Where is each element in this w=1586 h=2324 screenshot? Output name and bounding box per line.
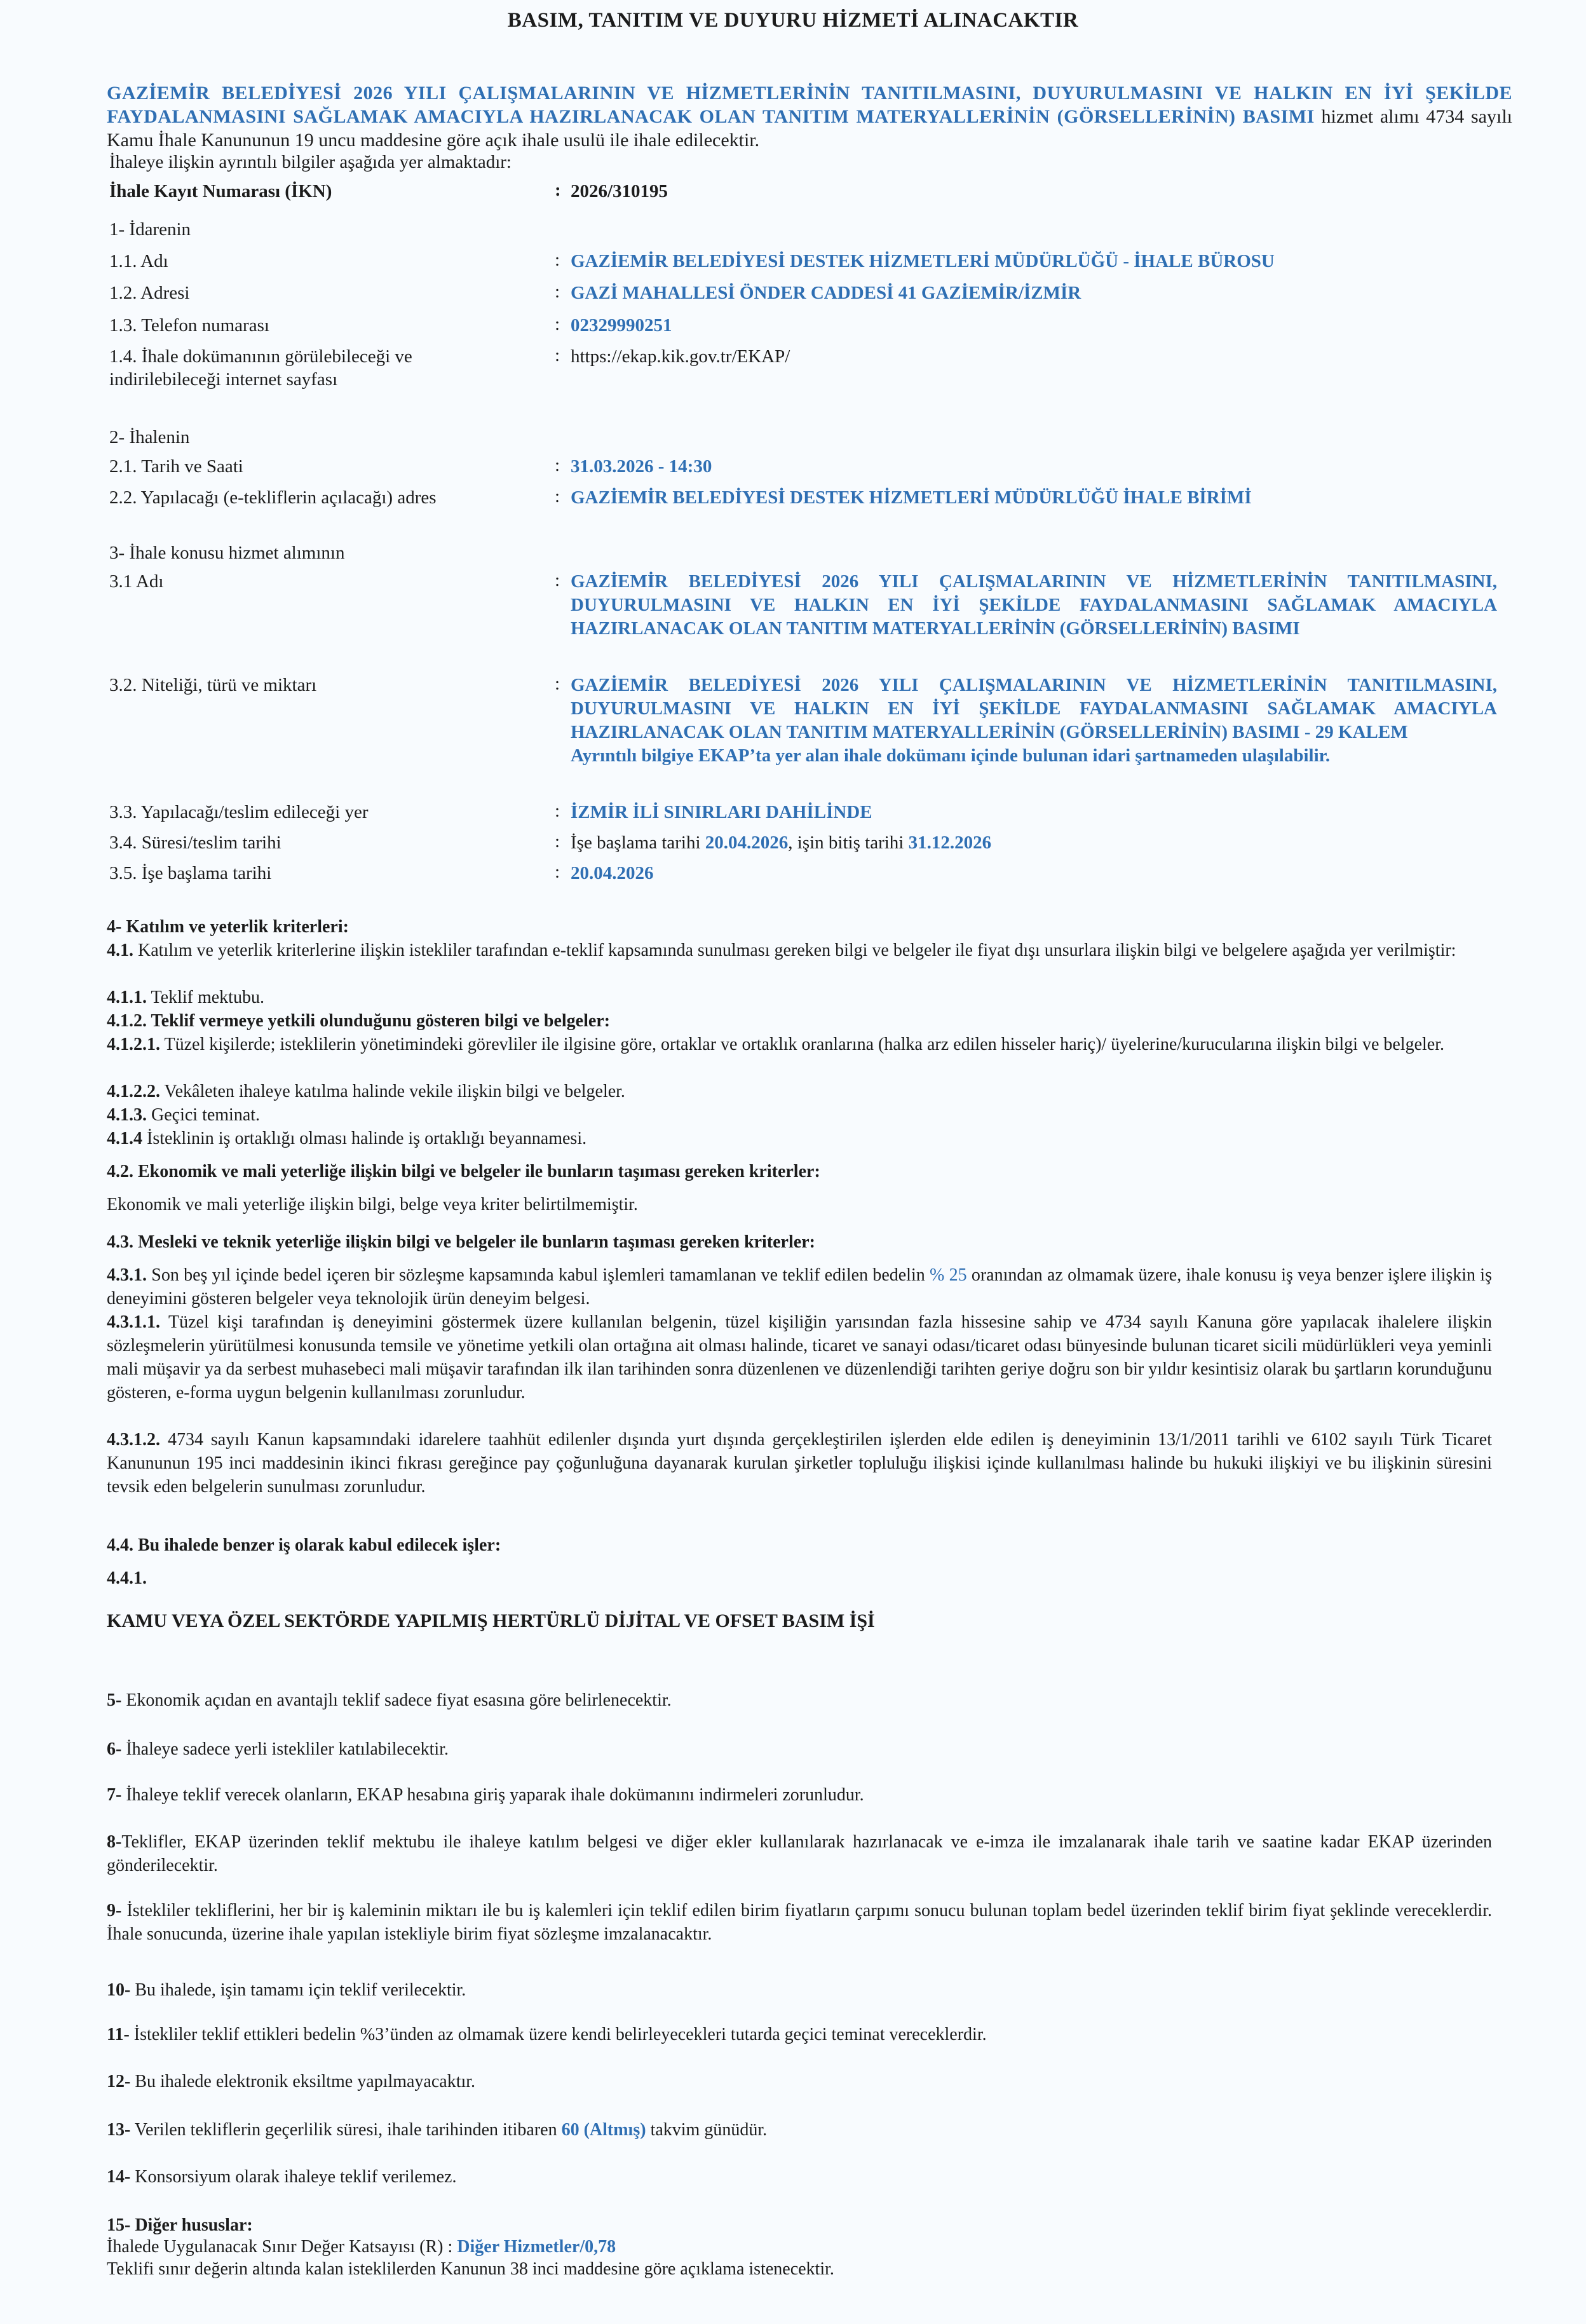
delivery-place: İZMİR İLİ SINIRLARI DAHİLİNDE <box>571 801 1497 824</box>
clause-4-1-1: 4.1.1. Teklif mektubu. <box>107 986 264 1009</box>
experience-percentage: % 25 <box>930 1265 967 1285</box>
clause-text: Konsorsiyum olarak ihaleye teklif verile… <box>130 2167 456 2187</box>
clause-number: 4.1. <box>107 941 133 960</box>
idare-phone: 02329990251 <box>571 314 1497 337</box>
work-start-date: 20.04.2026 <box>571 862 1497 885</box>
section15-note: Teklifi sınır değerin altında kalan iste… <box>107 2257 834 2281</box>
clause-number: 8- <box>107 1832 121 1852</box>
r-coefficient-label: İhalede Uygulanacak Sınır Değer Katsayıs… <box>107 2237 457 2257</box>
service-nature: GAZİEMİR BELEDİYESİ 2026 YILI ÇALIŞMALAR… <box>571 674 1497 768</box>
clause-number: 10- <box>107 1980 130 2000</box>
label-1-2: 1.2. Adresi <box>109 282 541 304</box>
label-3-3: 3.3. Yapılacağı/teslim edileceği yer <box>109 801 541 824</box>
colon: : <box>555 250 560 271</box>
clause-number: 4.1.1. <box>107 988 147 1007</box>
clause-4-1-3: 4.1.3. Geçici teminat. <box>107 1103 260 1127</box>
label-2-1: 2.1. Tarih ve Saati <box>109 455 541 478</box>
colon: : <box>555 862 560 883</box>
colon: : <box>555 801 560 822</box>
clause-number: 4.1.3. <box>107 1105 147 1125</box>
label-3-1: 3.1 Adı <box>109 570 541 593</box>
clause-text: Tüzel kişi tarafından iş deneyimini göst… <box>107 1312 1492 1403</box>
clause-number: 7- <box>107 1785 121 1805</box>
clause-text: İsteklinin iş ortaklığı olması halinde i… <box>142 1129 586 1148</box>
clause-text: Tüzel kişilerde; isteklilerin yönetimind… <box>160 1035 1444 1054</box>
service-name: GAZİEMİR BELEDİYESİ 2026 YILI ÇALIŞMALAR… <box>571 570 1497 641</box>
clause-12: 12- Bu ihalede elektronik eksiltme yapıl… <box>107 2070 1492 2093</box>
colon: : <box>555 674 560 695</box>
clause-text: Ekonomik açıdan en avantajlı teklif sade… <box>121 1690 671 1710</box>
clause-4-4: 4.4. Bu ihalede benzer iş olarak kabul e… <box>107 1533 501 1557</box>
clause-text: Teklifler, EKAP üzerinden teklif mektubu… <box>107 1832 1492 1875</box>
colon: : <box>555 345 560 366</box>
label-3-4: 3.4. Süresi/teslim tarihi <box>109 831 541 854</box>
clause-4-1: 4.1. Katılım ve yeterlik kriterlerine il… <box>107 939 1492 962</box>
clause-4-2: 4.2. Ekonomik ve mali yeterliğe ilişkin … <box>107 1160 820 1183</box>
clause-text: 4734 sayılı Kanun kapsamındaki idarelere… <box>107 1430 1492 1497</box>
clause-5: 5- Ekonomik açıdan en avantajlı teklif s… <box>107 1689 1492 1712</box>
section15-heading: 15- Diğer hususlar: <box>107 2213 253 2237</box>
section4-heading: 4- Katılım ve yeterlik kriterleri: <box>107 915 349 939</box>
clause-4-4-1: 4.4.1. <box>107 1566 147 1590</box>
clause-number: 6- <box>107 1739 121 1759</box>
clause-13: 13- Verilen tekliflerin geçerlilik süres… <box>107 2118 1492 2142</box>
clause-text: İstekliler tekliflerini, her bir iş kale… <box>107 1901 1492 1944</box>
clause-text: Teklif mektubu. <box>147 988 264 1007</box>
clause-number: 13- <box>107 2120 130 2140</box>
colon: : <box>555 831 560 852</box>
clause-14: 14- Konsorsiyum olarak ihaleye teklif ve… <box>107 2165 1492 2189</box>
clause-text: Bu ihalede elektronik eksiltme yapılmaya… <box>130 2072 475 2091</box>
colon: : <box>555 570 560 591</box>
clause-4-1-2-1: 4.1.2.1. Tüzel kişilerde; isteklilerin y… <box>107 1033 1492 1056</box>
label-1-1: 1.1. Adı <box>109 250 541 273</box>
colon: : <box>555 455 560 476</box>
end-date: 31.12.2026 <box>909 832 992 853</box>
colon: : <box>555 282 560 302</box>
clause-text: İhaleye sadece yerli istekliler katılabi… <box>121 1739 449 1759</box>
clause-8: 8-Teklifler, EKAP üzerinden teklif mektu… <box>107 1830 1492 1877</box>
details-note: İhaleye ilişkin ayrıntılı bilgiler aşağı… <box>109 152 512 173</box>
clause-number: 9- <box>107 1901 121 1920</box>
clause-4-3-1: 4.3.1. Son beş yıl içinde bedel içeren b… <box>107 1263 1492 1310</box>
similar-work-definition: KAMU VEYA ÖZEL SEKTÖRDE YAPILMIŞ HERTÜRL… <box>107 1609 875 1633</box>
section1-heading: 1- İdarenin <box>109 218 541 241</box>
clause-4-1-2: 4.1.2. Teklif vermeye yetkili olunduğunu… <box>107 1009 610 1033</box>
clause-4-1-4: 4.1.4 İsteklinin iş ortaklığı olması hal… <box>107 1127 586 1150</box>
clause-4-2-text: Ekonomik ve mali yeterliğe ilişkin bilgi… <box>107 1193 638 1216</box>
duration: İşe başlama tarihi 20.04.2026, işin biti… <box>571 831 1497 855</box>
start-date: 20.04.2026 <box>705 832 789 853</box>
clause-4-3-1-1: 4.3.1.1. Tüzel kişi tarafından iş deneyi… <box>107 1310 1492 1404</box>
section2-heading: 2- İhalenin <box>109 426 541 449</box>
clause-text: takvim günüdür. <box>646 2120 768 2140</box>
tender-subject: GAZİEMİR BELEDİYESİ 2026 YILI ÇALIŞMALAR… <box>107 83 1512 127</box>
clause-11: 11- İstekliler teklif ettikleri bedelin … <box>107 2023 1492 2046</box>
tender-datetime: 31.03.2026 - 14:30 <box>571 455 1497 479</box>
document-title: BASIM, TANITIM VE DUYURU HİZMETİ ALINACA… <box>0 9 1586 32</box>
idare-name: GAZİEMİR BELEDİYESİ DESTEK HİZMETLERİ MÜ… <box>571 250 1497 273</box>
clause-text: Geçici teminat. <box>147 1105 260 1125</box>
clause-text: Son beş yıl içinde bedel içeren bir sözl… <box>147 1265 930 1285</box>
duration-middle: , işin bitiş tarihi <box>788 832 908 853</box>
r-coefficient-value: Diğer Hizmetler/0,78 <box>457 2237 616 2257</box>
tender-location: GAZİEMİR BELEDİYESİ DESTEK HİZMETLERİ MÜ… <box>571 486 1497 510</box>
clause-7: 7- İhaleye teklif verecek olanların, EKA… <box>107 1783 1492 1807</box>
clause-number: 4.3.1.2. <box>107 1430 160 1450</box>
clause-text: Katılım ve yeterlik kriterlerine ilişkin… <box>133 941 1456 960</box>
ekap-link[interactable]: https://ekap.kik.gov.tr/EKAP/ <box>571 345 1497 369</box>
clause-number: 4.1.2.1. <box>107 1035 160 1054</box>
colon: : <box>555 486 560 507</box>
label-2-2: 2.2. Yapılacağı (e-tekliflerin açılacağı… <box>109 486 541 509</box>
duration-prefix: İşe başlama tarihi <box>571 832 705 853</box>
label-3-5: 3.5. İşe başlama tarihi <box>109 862 541 885</box>
clause-number: 4.1.2.2. <box>107 1082 160 1101</box>
clause-9: 9- İstekliler tekliflerini, her bir iş k… <box>107 1899 1492 1946</box>
tender-announcement-page: BASIM, TANITIM VE DUYURU HİZMETİ ALINACA… <box>0 0 1586 2324</box>
clause-number: 4.3.1. <box>107 1265 147 1285</box>
r-coefficient: İhalede Uygulanacak Sınır Değer Katsayıs… <box>107 2235 616 2259</box>
clause-number: 5- <box>107 1690 121 1710</box>
idare-address: GAZİ MAHALLESİ ÖNDER CADDESİ 41 GAZİEMİR… <box>571 282 1497 305</box>
label-1-3: 1.3. Telefon numarası <box>109 314 541 337</box>
clause-4-3-1-2: 4.3.1.2. 4734 sayılı Kanun kapsamındaki … <box>107 1428 1492 1498</box>
ikn-label: İhale Kayıt Numarası (İKN) <box>109 180 541 203</box>
clause-text: Verilen tekliflerin geçerlilik süresi, i… <box>130 2120 561 2140</box>
service-nature-note: Ayrıntılı bilgiye EKAP’ta yer alan ihale… <box>571 744 1497 768</box>
service-nature-value: GAZİEMİR BELEDİYESİ 2026 YILI ÇALIŞMALAR… <box>571 674 1497 744</box>
clause-text: İstekliler teklif ettikleri bedelin %3’ü… <box>130 2025 987 2044</box>
clause-6: 6- İhaleye sadece yerli istekliler katıl… <box>107 1737 1492 1761</box>
clause-text: Vekâleten ihaleye katılma halinde vekile… <box>160 1082 625 1101</box>
label-1-4: 1.4. İhale dokümanının görülebileceği ve… <box>109 345 491 391</box>
clause-number: 4.1.4 <box>107 1129 142 1148</box>
validity-days: 60 (Altmış) <box>562 2120 646 2140</box>
clause-4-1-2-2: 4.1.2.2. Vekâleten ihaleye katılma halin… <box>107 1080 625 1103</box>
clause-number: 11- <box>107 2025 130 2044</box>
clause-number: 4.3.1.1. <box>107 1312 160 1332</box>
ikn-value: 2026/310195 <box>571 180 1497 203</box>
colon: : <box>555 314 560 335</box>
clause-number: 14- <box>107 2167 130 2187</box>
clause-10: 10- Bu ihalede, işin tamamı için teklif … <box>107 1978 1492 2002</box>
clause-text: Bu ihalede, işin tamamı için teklif veri… <box>130 1980 466 2000</box>
clause-4-3: 4.3. Mesleki ve teknik yeterliğe ilişkin… <box>107 1230 815 1254</box>
colon: : <box>555 180 561 201</box>
label-3-2: 3.2. Niteliği, türü ve miktarı <box>109 674 541 697</box>
clause-text: İhaleye teklif verecek olanların, EKAP h… <box>121 1785 864 1805</box>
intro-paragraph: GAZİEMİR BELEDİYESİ 2026 YILI ÇALIŞMALAR… <box>107 81 1512 152</box>
section3-heading: 3- İhale konusu hizmet alımının <box>109 541 541 564</box>
clause-number: 12- <box>107 2072 130 2091</box>
